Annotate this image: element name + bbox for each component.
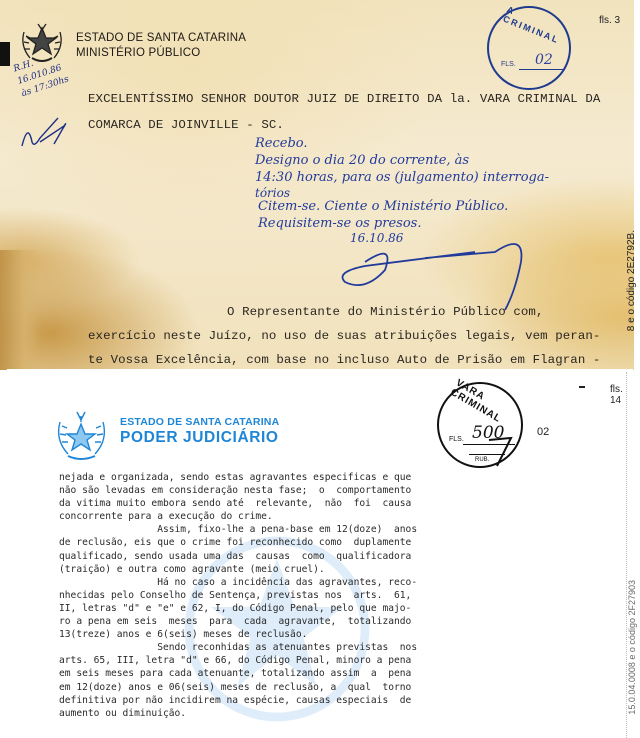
court-stamp: A CRIMINAL FLS. 02 xyxy=(487,6,571,90)
text-line: definitiva por não incidirem na espécie,… xyxy=(59,694,599,707)
stamp-arc-text: A CRIMINAL xyxy=(502,4,571,47)
side-verification-text: 15.0.04.0008 e o código 2F27903 xyxy=(627,580,637,715)
addressee-line-1: EXCELENTÍSSIMO SENHOR DOUTOR JUIZ DE DIR… xyxy=(88,92,600,106)
text-line: nhecidas pelo Conselho de Sentença, prev… xyxy=(59,589,599,602)
handwritten-line: tórios xyxy=(255,186,290,200)
text-line: 13(treze) anos e 6(seis) meses de reclus… xyxy=(59,628,599,641)
letterhead-state: ESTADO DE SANTA CATARINA xyxy=(76,31,246,46)
text-line: da vitima muito embora sendo até relevan… xyxy=(59,497,599,510)
side-verification-text: 8 e o código 2E2792B. xyxy=(626,230,637,331)
addressee-line-2: COMARCA DE JOINVILLE - SC. xyxy=(88,118,284,132)
body-line-2: exercício neste Juízo, no uso de suas at… xyxy=(88,329,600,343)
scan-edge-mark xyxy=(0,42,10,66)
text-line: (traição) e outra como agravante (meio c… xyxy=(59,563,599,576)
text-line: nejada e organizada, sendo estas agravan… xyxy=(59,471,599,484)
scanned-page-poder-judiciario: ESTADO DE SANTA CATARINA PODER JUDICIÁRI… xyxy=(7,369,633,738)
body-line-3: te Vossa Excelência, com base no incluso… xyxy=(88,353,600,367)
sentence-text: nejada e organizada, sendo estas agravan… xyxy=(59,471,599,720)
text-line: em seis meses para cada atenuante, total… xyxy=(59,667,599,680)
text-line: de reclusão, eis que o crime foi reconhe… xyxy=(59,536,599,549)
text-line: não são levadas em consideração nesta fa… xyxy=(59,484,599,497)
stamp-initials-icon xyxy=(487,434,517,468)
text-line: ro a pena em seis meses para cada agrava… xyxy=(59,615,599,628)
body-line-1: O Representante do Ministério Público co… xyxy=(227,305,544,319)
handwritten-line: 14:30 horas, para os (julgamento) interr… xyxy=(255,170,549,185)
stamp-fls-label: FLS. xyxy=(449,436,464,443)
text-line: Sendo reconhidas as atenuantes previstas… xyxy=(59,641,599,654)
text-line: Há no caso a incidência das agravantes, … xyxy=(59,576,599,589)
text-line: Assim, fixo-lhe a pena-base em 12(doze) … xyxy=(59,523,599,536)
letterhead-organ: MINISTÉRIO PÚBLICO xyxy=(76,46,246,61)
court-stamp: VARA CRIMINAL FLS. 500 RUB. xyxy=(437,382,523,468)
page-number: 02 xyxy=(537,426,549,438)
text-line: aumento ou diminuição. xyxy=(59,707,599,720)
margin-signature-icon xyxy=(18,112,78,152)
letterhead-organ: PODER JUDICIÁRIO xyxy=(120,429,279,447)
text-line: em 12(doze) anos e 06(seis) meses de rec… xyxy=(59,681,599,694)
scanned-page-ministerio-publico: ESTADO DE SANTA CATARINA MINISTÉRIO PÚBL… xyxy=(0,0,634,370)
mark xyxy=(579,386,585,388)
handwritten-line: Citem-se. Ciente o Ministério Público. xyxy=(258,199,508,214)
paper-stain xyxy=(0,250,40,370)
handwritten-line: Recebo. xyxy=(255,136,308,151)
stamp-underline xyxy=(519,69,563,70)
handwritten-line: Designo o dia 20 do corrente, às xyxy=(255,153,469,168)
coat-of-arms-icon xyxy=(54,410,109,462)
text-line: concorrente para a execução do crime. xyxy=(59,510,599,523)
text-line: arts. 65, III, letra "d" e 66, do Código… xyxy=(59,654,599,667)
folio-number: fls. 14 xyxy=(610,384,633,406)
text-line: II, letras "d" e "e" e 62, I, do Código … xyxy=(59,602,599,615)
stamp-fls-number: 02 xyxy=(535,52,553,68)
letterhead-state: ESTADO DE SANTA CATARINA xyxy=(120,416,279,428)
judge-signature-icon xyxy=(325,222,555,312)
folio-number: fls. 3 xyxy=(599,15,620,26)
text-line: qualificado, sendo usada uma das causas … xyxy=(59,550,599,563)
letterhead: ESTADO DE SANTA CATARINA MINISTÉRIO PÚBL… xyxy=(76,31,246,61)
stamp-fls-label: FLS. xyxy=(501,61,516,68)
